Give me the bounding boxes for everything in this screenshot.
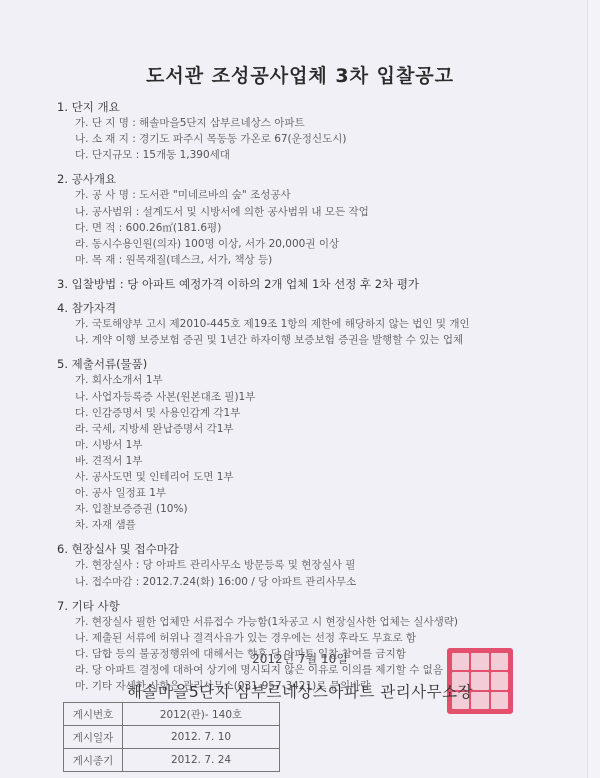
table-row: 게시번호 2012(관)- 140호 bbox=[64, 703, 280, 726]
section-heading: 1. 단지 개요 bbox=[57, 99, 577, 115]
list-item: 가. 현장실사 필한 업체만 서류접수 가능함(1차공고 시 현장실사한 업체는… bbox=[57, 614, 577, 630]
table-label: 게시일자 bbox=[64, 726, 123, 749]
list-item: 나. 제출된 서류에 허위나 결격사유가 있는 경우에는 선정 후라도 무효로 … bbox=[57, 630, 577, 646]
list-item: 자. 입찰보증증권 (10%) bbox=[57, 501, 577, 517]
issuer-name: 해솔마을5단지 삼부르네상스아파트 관리사무소장 bbox=[0, 680, 600, 702]
document-title: 도서관 조성공사업체 3차 입찰공고 bbox=[0, 61, 600, 88]
section-3: 3. 입찰방법 : 당 아파트 예정가격 이하의 2개 업체 1차 선정 후 2… bbox=[57, 276, 577, 292]
list-item: 가. 단 지 명 : 해솔마을5단지 삼부르네상스 아파트 bbox=[57, 115, 577, 131]
list-item: 가. 회사소개서 1부 bbox=[57, 372, 577, 388]
table-label: 게시종기 bbox=[64, 749, 123, 772]
list-item: 다. 단지규모 : 15개동 1,390세대 bbox=[57, 147, 577, 163]
list-item: 마. 시방서 1부 bbox=[57, 437, 577, 453]
list-item: 나. 소 재 지 : 경기도 파주시 목동동 가온로 67(운정신도시) bbox=[57, 131, 577, 147]
section-1: 1. 단지 개요 가. 단 지 명 : 해솔마을5단지 삼부르네상스 아파트 나… bbox=[57, 99, 577, 163]
section-heading: 5. 제출서류(물품) bbox=[57, 356, 577, 372]
list-item: 다. 인감증명서 및 사용인감계 각1부 bbox=[57, 405, 577, 421]
section-heading: 7. 기타 사항 bbox=[57, 598, 577, 614]
list-item: 가. 국토해양부 고시 제2010-445호 제19조 1항의 제한에 해당하지… bbox=[57, 316, 577, 332]
list-item: 아. 공사 일정표 1부 bbox=[57, 485, 577, 501]
list-item: 가. 현장실사 : 당 아파트 관리사무소 방문등록 및 현장실사 필 bbox=[57, 557, 577, 573]
notice-page: 도서관 조성공사업체 3차 입찰공고 1. 단지 개요 가. 단 지 명 : 해… bbox=[0, 0, 600, 778]
section-4: 4. 참가자격 가. 국토해양부 고시 제2010-445호 제19조 1항의 … bbox=[57, 300, 577, 348]
table-value: 2012(관)- 140호 bbox=[123, 703, 280, 726]
table-label: 게시번호 bbox=[64, 703, 123, 726]
section-heading: 4. 참가자격 bbox=[57, 300, 577, 316]
list-item: 차. 자재 샘플 bbox=[57, 517, 577, 533]
section-heading: 3. 입찰방법 : 당 아파트 예정가격 이하의 2개 업체 1차 선정 후 2… bbox=[57, 276, 577, 292]
section-heading: 6. 현장실사 및 접수마감 bbox=[57, 541, 577, 557]
list-item: 바. 견적서 1부 bbox=[57, 453, 577, 469]
list-item: 나. 계약 이행 보증보험 증권 및 1년간 하자이행 보증보험 증권을 발행할… bbox=[57, 332, 577, 348]
table-row: 게시일자 2012. 7. 10 bbox=[64, 726, 280, 749]
section-2: 2. 공사개요 가. 공 사 명 : 도서관 "미네르바의 숲" 조성공사 나.… bbox=[57, 171, 577, 268]
list-item: 라. 국세, 지방세 완납증명서 각1부 bbox=[57, 421, 577, 437]
posting-info-table: 게시번호 2012(관)- 140호 게시일자 2012. 7. 10 게시종기… bbox=[63, 702, 280, 772]
table-value: 2012. 7. 10 bbox=[123, 726, 280, 749]
list-item: 라. 동시수용인원(의자) 100명 이상, 서가 20,000권 이상 bbox=[57, 236, 577, 252]
list-item: 가. 공 사 명 : 도서관 "미네르바의 숲" 조성공사 bbox=[57, 187, 577, 203]
document-body: 1. 단지 개요 가. 단 지 명 : 해솔마을5단지 삼부르네상스 아파트 나… bbox=[57, 99, 577, 702]
list-item: 사. 공사도면 및 인테리어 도면 1부 bbox=[57, 469, 577, 485]
list-item: 나. 접수마감 : 2012.7.24(화) 16:00 / 당 아파트 관리사… bbox=[57, 574, 577, 590]
list-item: 나. 공사범위 : 설계도서 및 시방서에 의한 공사범위 내 모든 작업 bbox=[57, 204, 577, 220]
list-item: 마. 목 재 : 원목재질(데스크, 서가, 책상 등) bbox=[57, 252, 577, 268]
list-item: 다. 면 적 : 600.26㎡(181.6평) bbox=[57, 220, 577, 236]
list-item: 나. 사업자등록증 사본(원본대조 필)1부 bbox=[57, 389, 577, 405]
section-5: 5. 제출서류(물품) 가. 회사소개서 1부 나. 사업자등록증 사본(원본대… bbox=[57, 356, 577, 533]
section-heading: 2. 공사개요 bbox=[57, 171, 577, 187]
section-6: 6. 현장실사 및 접수마감 가. 현장실사 : 당 아파트 관리사무소 방문등… bbox=[57, 541, 577, 589]
table-value: 2012. 7. 24 bbox=[123, 749, 280, 772]
table-row: 게시종기 2012. 7. 24 bbox=[64, 749, 280, 772]
